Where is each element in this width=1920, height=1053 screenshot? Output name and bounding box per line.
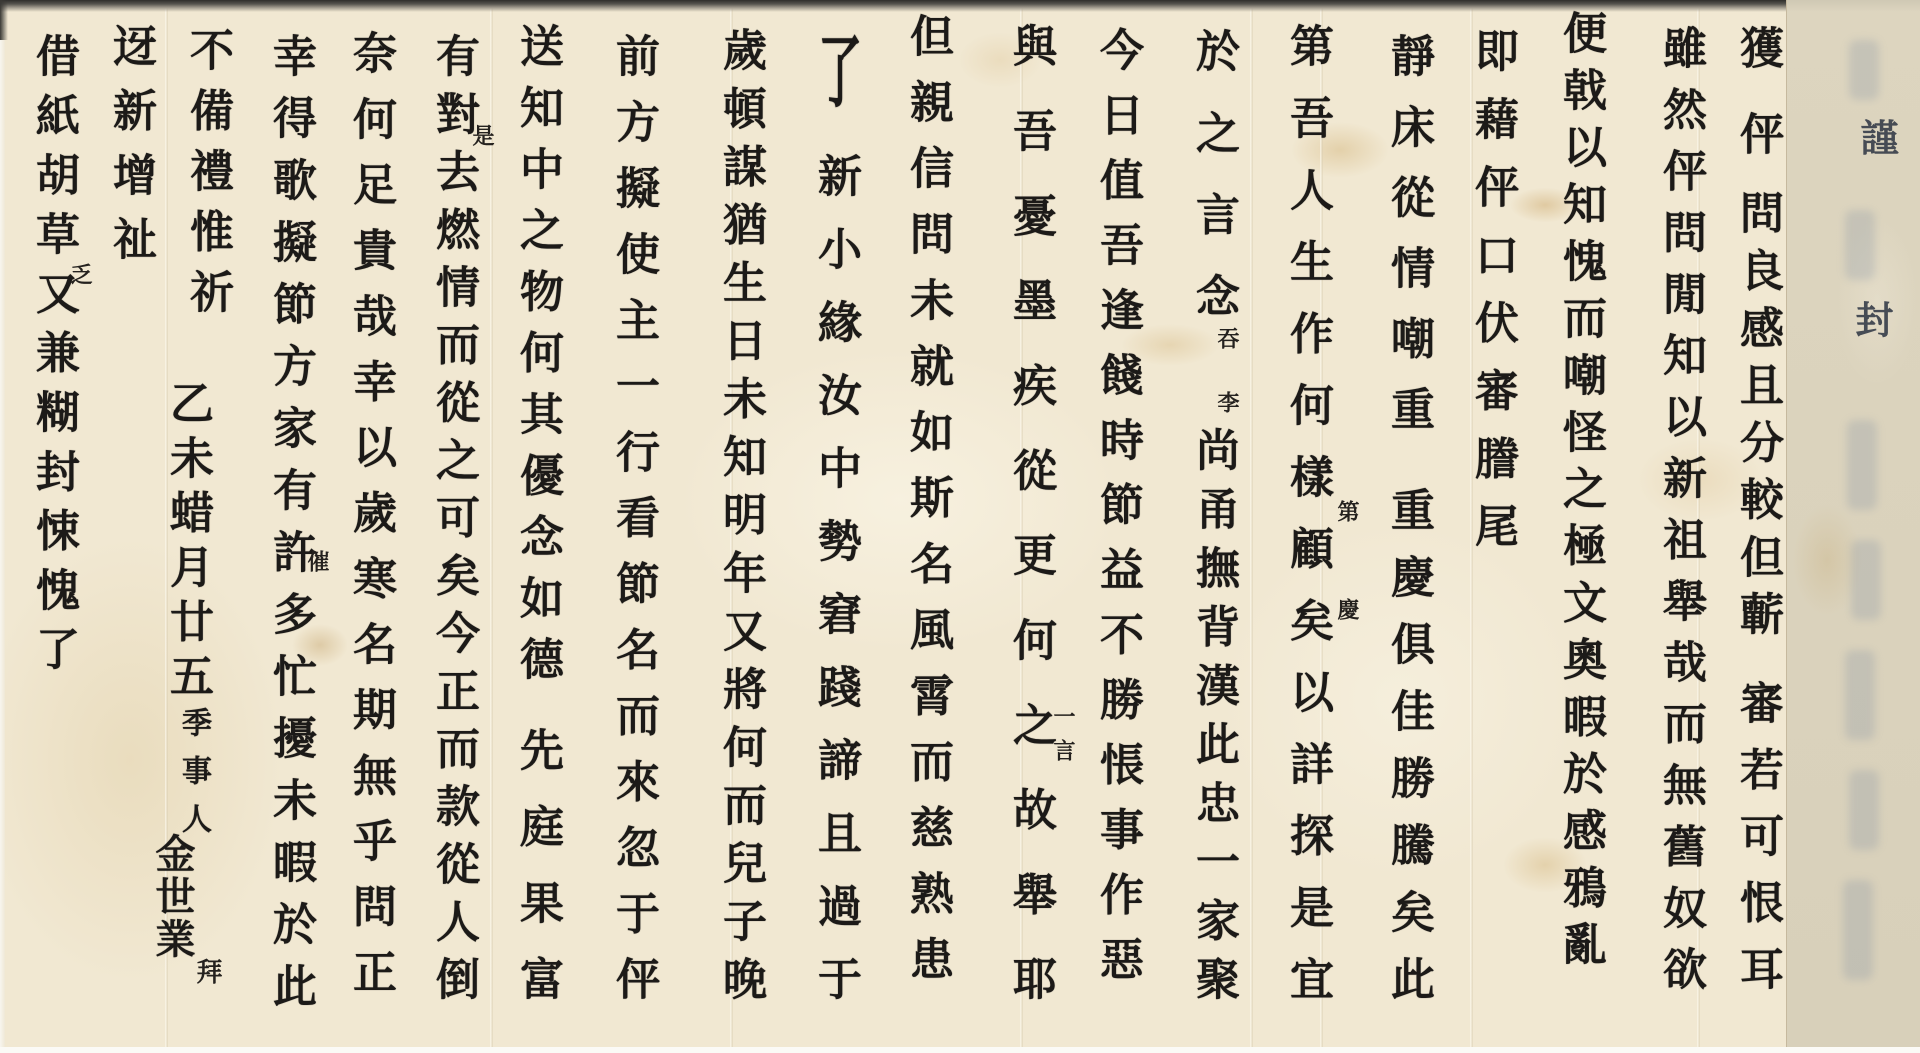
text-segment: 有對去燃情而從之可矣今正而款從人倒 <box>425 33 481 1000</box>
faded-ink-mark <box>1845 650 1875 740</box>
faded-ink-mark <box>1847 420 1877 510</box>
text-segment: 重慶俱佳勝騰矣此 <box>1380 487 1436 1000</box>
interlinear-note: 是 <box>468 124 496 156</box>
text-segment: 奈何足貴哉幸以歲寒名期無乎問正 <box>342 30 398 993</box>
interlinear-note: 催 <box>303 550 331 603</box>
text-segment: 於之言念 <box>1185 28 1241 317</box>
faded-ink-mark <box>1849 770 1879 850</box>
interlinear-note: 第慶 <box>1333 500 1361 620</box>
text-segment: 便戟以知愧而嘲怪之極文奧暇於感鴉亂 <box>1552 10 1608 965</box>
envelope-mark: 謹 <box>1854 118 1898 190</box>
text-segment: 送知中之物何其優念如德 <box>509 23 565 680</box>
faded-ink-mark <box>1843 880 1873 980</box>
text-segment: 今日值吾逢餞時節益不勝悵事作惡 <box>1089 27 1145 980</box>
text-segment: 迓新增祉 <box>102 23 158 260</box>
fold-crease <box>490 8 493 1047</box>
signature-name: 金世業 <box>147 833 197 958</box>
envelope-mark: 封 <box>1849 300 1893 395</box>
text-segment: 尚甬撫背漢此忠一家聚 <box>1185 427 1241 1000</box>
paper-left-edge <box>0 40 5 1047</box>
text-segment: 雖然伻問閒知以新祖舉哉而無舊奴欲 <box>1652 25 1708 990</box>
text-segment: 新小緣汝中勢窘踐諦且過于 <box>807 153 863 1000</box>
faded-ink-mark <box>1849 40 1879 100</box>
text-segment: 獲伻 <box>1729 25 1785 155</box>
faded-ink-mark <box>1851 540 1881 620</box>
interlinear-note: 一言 <box>1049 705 1077 761</box>
fold-crease <box>1250 8 1253 1047</box>
interlinear-note: 乏 <box>66 263 94 293</box>
envelope-strip: 謹 封 <box>1786 0 1920 1049</box>
sign-off: 拜 <box>191 958 221 1008</box>
text-segment: 幸得歌擬節方家有許多忙擾未暇於此 <box>262 33 318 1007</box>
text-segment: 靜床從情嘲重 <box>1380 33 1436 430</box>
sender-title: 季事人 <box>173 707 213 833</box>
text-segment: 前方擬使主一行看節名而來忽于伻 <box>605 33 661 1000</box>
faded-ink-mark <box>1845 210 1875 280</box>
text-segment: 歲頓謀猶生日未知明年又將何而兒子晚 <box>712 27 768 1000</box>
scan-top-shadow <box>0 0 1790 12</box>
text-segment: 與吾憂墨疾從更何之故舉耶 <box>1002 23 1058 1000</box>
closing-phrase: 不備禮惟祈 <box>179 27 235 313</box>
interlinear-note: 吞李 <box>1213 327 1241 413</box>
date-line: 乙未蜡月廿五 <box>159 380 215 697</box>
text-segment: 借紙胡草又兼糊封悚愧了 <box>25 33 81 670</box>
text-segment: 審若可恨耳 <box>1729 680 1785 990</box>
text-segment: 了 <box>807 30 863 131</box>
text-segment: 但親信問未就如斯名風霄而慈熟患 <box>899 13 955 980</box>
scan-bottom-margin <box>0 1047 1920 1053</box>
text-segment: 先庭果富 <box>509 727 565 1000</box>
letter-paper: 獲伻 問良感且分較但蘄 審若可恨耳 雖然伻問閒知以新祖舉哉而無舊奴欲 便戟以知愧… <box>0 0 1786 1047</box>
text-segment: 問良感且分較但蘄 <box>1729 190 1785 635</box>
text-segment: 第吾人生作何樣顧矣以詳探是宜 <box>1279 23 1335 1000</box>
scan-corner-shadow <box>0 0 8 40</box>
text-segment: 即藉伻口伏審謄尾 <box>1464 28 1520 547</box>
